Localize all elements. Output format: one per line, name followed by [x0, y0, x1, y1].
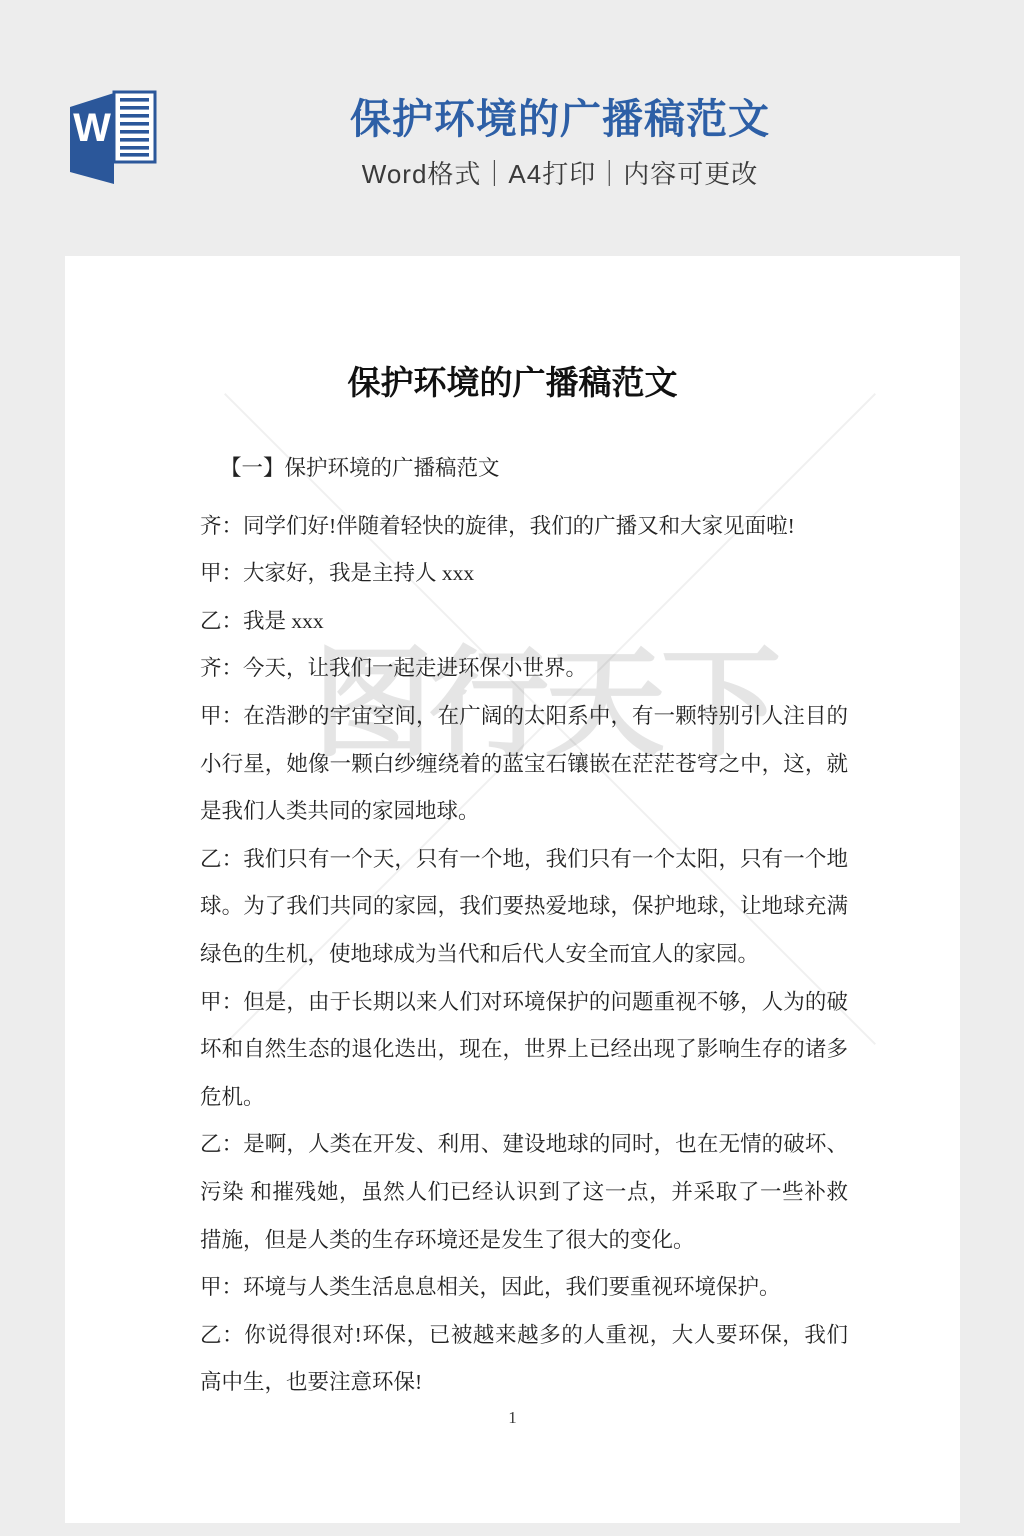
- page-title: 保护环境的广播稿范文: [96, 96, 1024, 142]
- paragraph: 齐：今天，让我们一起走进环保小世界。: [200, 645, 848, 693]
- document-page: 图行天下 保护环境的广播稿范文 【一】保护环境的广播稿范文 齐：同学们好!伴随着…: [65, 256, 960, 1523]
- paragraph: 乙：我是 xxx: [200, 598, 848, 646]
- document-content: 保护环境的广播稿范文 【一】保护环境的广播稿范文 齐：同学们好!伴随着轻快的旋律…: [65, 256, 960, 1407]
- page-subtitle: Word格式｜A4打印｜内容可更改: [96, 154, 1024, 191]
- document-title: 保护环境的广播稿范文: [65, 256, 960, 404]
- paragraph: 甲：在浩渺的宇宙空间，在广阔的太阳系中，有一颗特别引人注目的小行星，她像一颗白纱…: [200, 693, 848, 836]
- page-header: W 保护环境的广播稿范文 Word格式｜A4打印｜内容可更改: [0, 0, 1024, 230]
- page-number: 1: [65, 1408, 960, 1428]
- paragraph: 甲：大家好，我是主持人 xxx: [200, 550, 848, 598]
- document-body: 【一】保护环境的广播稿范文 齐：同学们好!伴随着轻快的旋律，我们的广播又和大家见…: [200, 445, 848, 1407]
- section-heading: 【一】保护环境的广播稿范文: [200, 445, 848, 493]
- paragraph: 乙：是啊，人类在开发、利用、建设地球的同时，也在无情的破坏、污染 和摧残她，虽然…: [200, 1121, 848, 1264]
- paragraph: 甲：但是，由于长期以来人们对环境保护的问题重视不够，人为的破坏和自然生态的退化迭…: [200, 979, 848, 1122]
- paragraph: 甲：环境与人类生活息息相关，因此，我们要重视环境保护。: [200, 1264, 848, 1312]
- paragraph: 乙：你说得很对!环保，已被越来越多的人重视，大人要环保，我们高中生，也要注意环保…: [200, 1312, 848, 1407]
- paragraph: 齐：同学们好!伴随着轻快的旋律，我们的广播又和大家见面啦!: [200, 503, 848, 551]
- header-text-block: 保护环境的广播稿范文 Word格式｜A4打印｜内容可更改: [96, 96, 1024, 191]
- paragraph: 乙：我们只有一个天，只有一个地，我们只有一个太阳，只有一个地球。为了我们共同的家…: [200, 836, 848, 979]
